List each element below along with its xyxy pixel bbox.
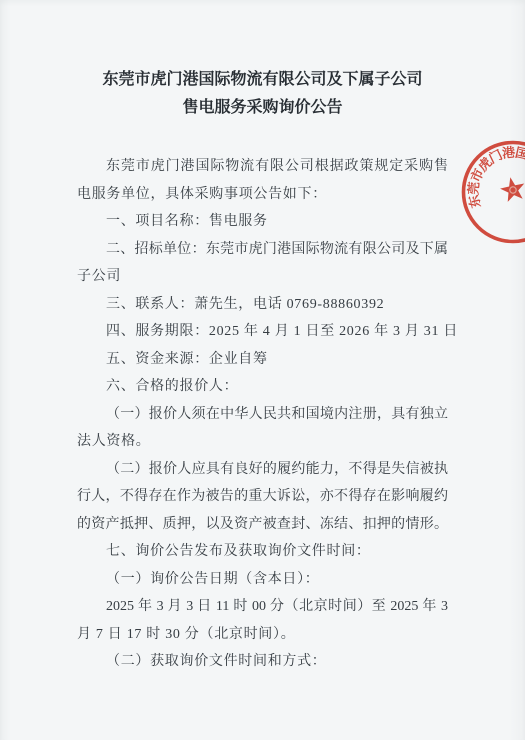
document-line: 月 7 日 17 时 30 分（北京时间）。 <box>77 621 448 649</box>
document-line: （二）报价人应具有良好的履约能力，不得是失信被执 <box>77 456 448 484</box>
document-line: 的资产抵押、质押，以及资产被查封、冻结、扣押的情形。 <box>77 511 448 539</box>
document-line: 四、服务期限：2025 年 4 月 1 日至 2026 年 3 月 31 日 <box>77 318 448 346</box>
star-icon <box>498 175 525 203</box>
document-line: 2025 年 3 月 3 日 11 时 00 分（北京时间）至 2025 年 3 <box>77 593 448 621</box>
document-body: 东莞市虎门港国际物流有限公司根据政策规定采购售电服务单位，具体采购事项公告如下：… <box>77 153 448 676</box>
document-page: 东莞市虎门港国际物流有限公司及下属子公司 售电服务采购询价公告 东莞市虎门港国际… <box>0 0 525 740</box>
seal-character: 东 <box>466 193 484 209</box>
document-line: （二）获取询价文件时间和方式： <box>77 648 448 676</box>
company-seal: 东莞市虎门港国际物流有限公司 <box>458 138 525 250</box>
document-line: 东莞市虎门港国际物流有限公司根据政策规定采购售 <box>77 153 448 181</box>
document-line: 二、招标单位：东莞市虎门港国际物流有限公司及下属 <box>77 236 448 264</box>
document-line: 七、询价公告发布及获取询价文件时间： <box>77 538 448 566</box>
document-line: 法人资格。 <box>77 428 448 456</box>
title-line-2: 售电服务采购询价公告 <box>0 94 525 122</box>
document-line: 一、项目名称：售电服务 <box>77 208 448 236</box>
document-line: 六、合格的报价人： <box>77 373 448 401</box>
document-line: （一）询价公告日期（含本日）： <box>77 566 448 594</box>
document-line: 电服务单位，具体采购事项公告如下： <box>77 181 448 209</box>
document-line: （一）报价人须在中华人民共和国境内注册，具有独立 <box>77 401 448 429</box>
title-line-1: 东莞市虎门港国际物流有限公司及下属子公司 <box>0 66 525 94</box>
document-line: 三、联系人：萧先生，电话 0769-88860392 <box>77 291 448 319</box>
seal-character: 国 <box>514 145 525 163</box>
document-line: 行人，不得存在作为被告的重大诉讼，亦不得存在影响履约 <box>77 483 448 511</box>
document-line: 子公司 <box>77 263 448 291</box>
document-line: 五、资金来源：企业自筹 <box>77 346 448 374</box>
document-title: 东莞市虎门港国际物流有限公司及下属子公司 售电服务采购询价公告 <box>0 66 525 122</box>
